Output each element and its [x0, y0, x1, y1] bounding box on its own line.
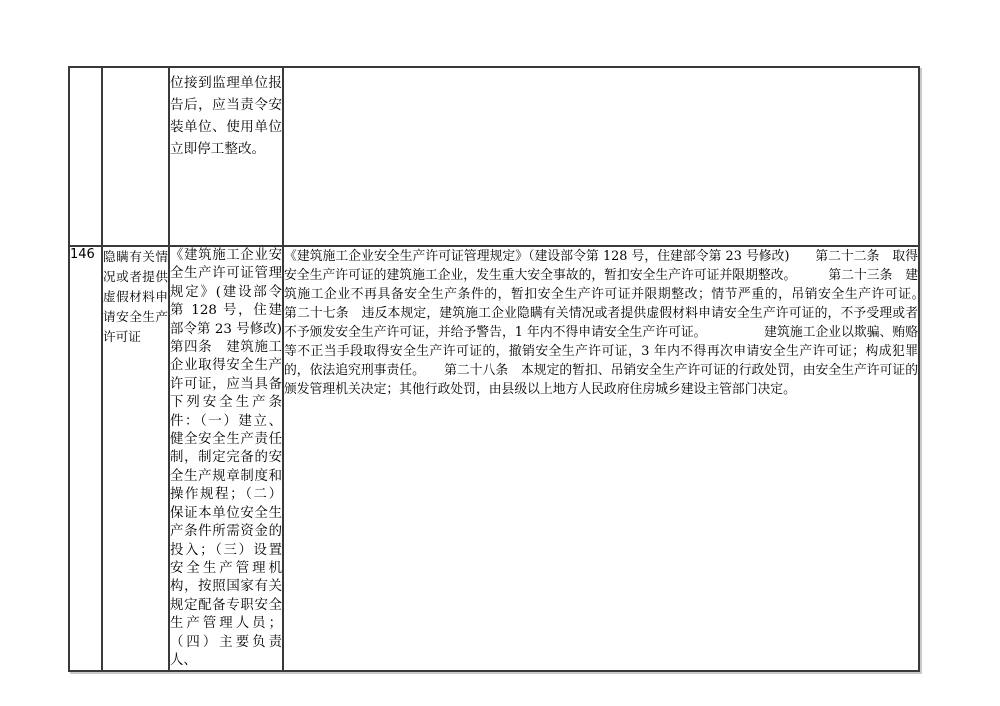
legal-basis-cell: 位接到监理单位报告后，应当责令安装单位、使用单位立即停工整改。 [169, 67, 283, 246]
table-row: 146 隐瞒有关情况或者提供虚假材料申请安全生产许可证 《建筑施工企业安全生产许… [69, 246, 919, 671]
row-number-cell [69, 67, 102, 246]
violation-cell [102, 67, 169, 246]
violation-cell: 隐瞒有关情况或者提供虚假材料申请安全生产许可证 [102, 246, 169, 671]
table-row: 位接到监理单位报告后，应当责令安装单位、使用单位立即停工整改。 [69, 67, 919, 246]
punishment-cell [283, 67, 919, 246]
punishment-cell: 《建筑施工企业安全生产许可证管理规定》（建设部令第 128 号，住建部令第 23… [283, 246, 919, 671]
document-page: 位接到监理单位报告后，应当责令安装单位、使用单位立即停工整改。 146 隐瞒有关… [0, 0, 1000, 706]
regulation-table: 位接到监理单位报告后，应当责令安装单位、使用单位立即停工整改。 146 隐瞒有关… [68, 66, 920, 672]
legal-basis-cell: 《建筑施工企业安全生产许可证管理规定》(建设部令第 128 号，住建部令第 23… [169, 246, 283, 671]
row-number-cell: 146 [69, 246, 102, 671]
